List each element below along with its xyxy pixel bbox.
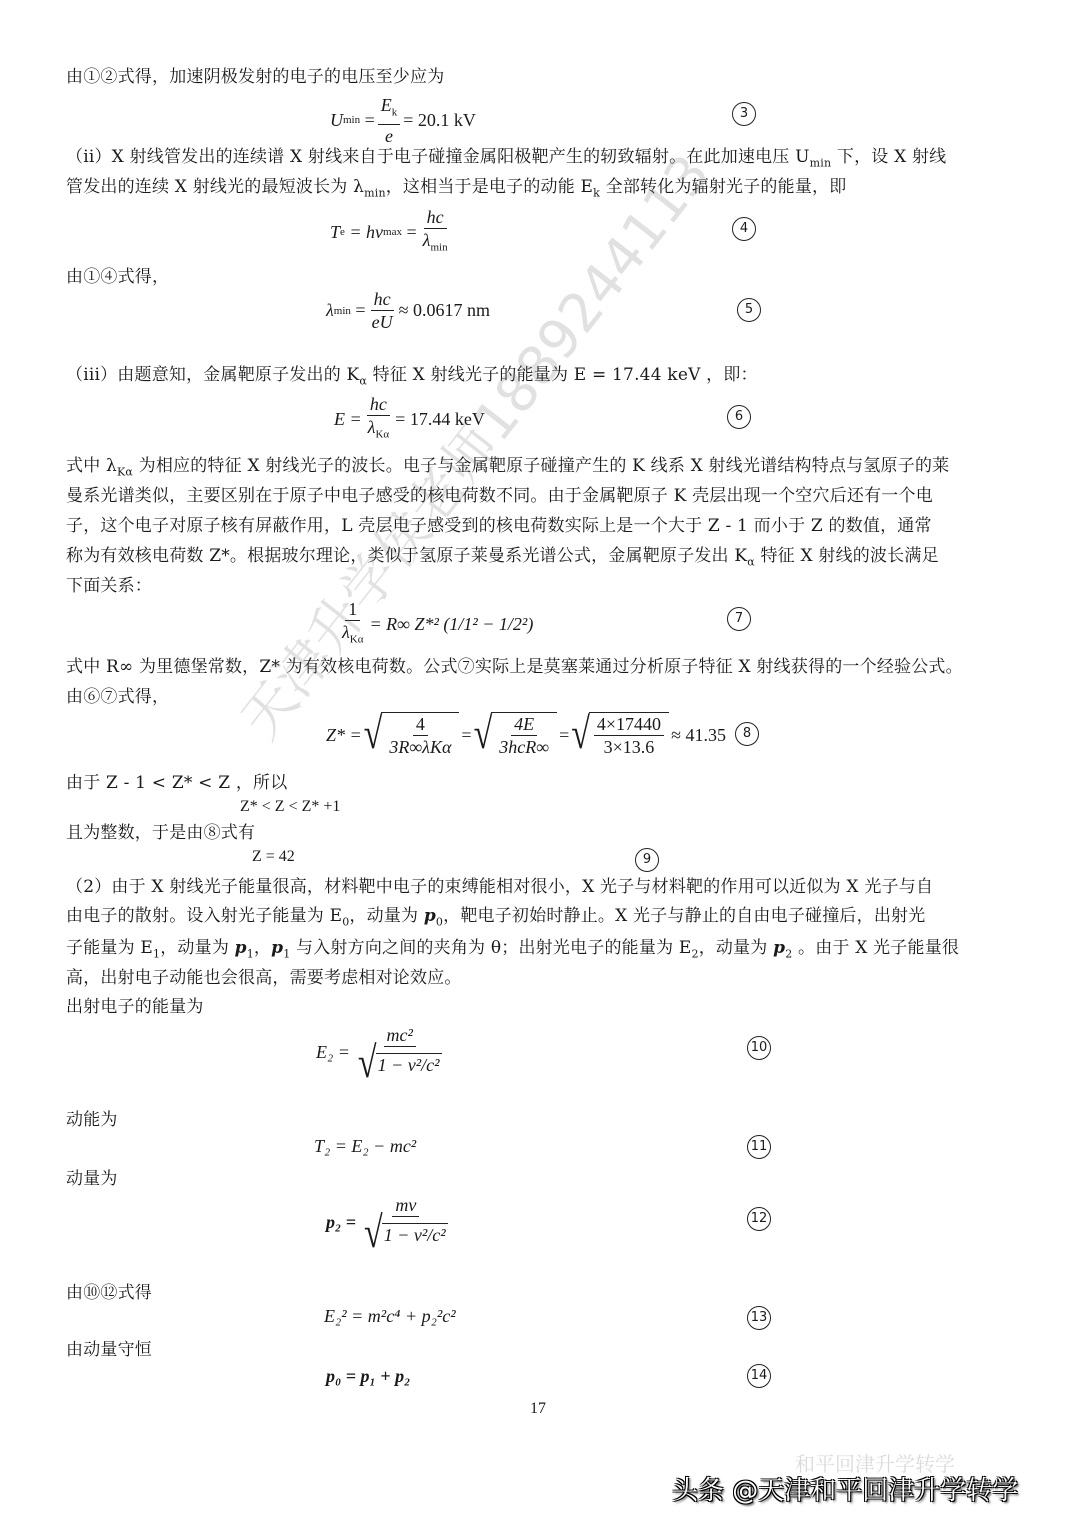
eq-subscript: min [334, 305, 351, 317]
eq-subscript: min [343, 114, 360, 126]
square-root: √4×174403×13.6 [571, 712, 669, 758]
text: 特征 X 射线的波长满足 [755, 546, 939, 566]
equation-number: 4 [732, 217, 756, 241]
eq-symbol: p₂ = [326, 1212, 356, 1233]
square-root: √43R∞λKα [364, 712, 460, 758]
eq-numerator: hc [374, 289, 391, 309]
paragraph-line: 曼系光谱类似，主要区别在于原子中电子感受的核电荷数不同。由于金属靶原子 K 壳层… [66, 483, 1026, 509]
page-number: 17 [530, 1400, 546, 1418]
equation-4: Te = hνmax = hc λmin [330, 206, 454, 259]
equation-11: T₂ = E₂ − mc² [314, 1136, 416, 1157]
vector-symbol: p [773, 938, 785, 958]
eq-subscript: max [383, 226, 402, 238]
fraction: 1 λKα [339, 598, 367, 651]
equation-number: 10 [747, 1036, 771, 1060]
paragraph-line: 动能为 [66, 1107, 1026, 1133]
text: 全部转化为辐射光子的能量，即 [600, 177, 846, 197]
paragraph-line: 式中 R∞ 为里德堡常数，Z* 为有效核电荷数。公式⑦实际上是莫塞莱通过分析原子… [66, 654, 1026, 680]
equation-number: 6 [727, 405, 751, 429]
eq-middle: = hν [349, 222, 383, 243]
text: 管发出的连续 X 射线光的最短波长为 λ [66, 177, 364, 197]
paragraph-line: （iii）由题意知，金属靶原子发出的 Kα 特征 X 射线光子的能量为 E = … [66, 362, 1026, 394]
paragraph-line: 由①④式得， [66, 264, 1026, 290]
fraction: mc² √1 − v²/c² [353, 1024, 447, 1081]
vector-symbol: p [271, 938, 283, 958]
fraction: Ek e [378, 94, 401, 147]
eq-rhs: ≈ 0.0617 nm [399, 300, 490, 321]
eq-rhs: = 17.44 keV [395, 409, 485, 430]
paragraph-line: 式中 λKα 为相应的特征 X 射线光子的波长。电子与金属靶原子碰撞产生的 K … [66, 453, 1026, 485]
eq-denominator: e [385, 126, 393, 146]
text: ，动量为 [349, 906, 423, 926]
equation-number: 5 [737, 298, 761, 322]
eq-subscript: k [392, 107, 398, 119]
eq-denominator: λ [342, 622, 350, 642]
paragraph-line: 动量为 [66, 1166, 1026, 1192]
eq-numerator: 1 [345, 598, 360, 621]
eq-subscript: Kα [375, 429, 389, 441]
eq-denominator: eU [372, 312, 393, 332]
equation-number: 7 [727, 607, 751, 631]
equation-number: 3 [732, 102, 756, 126]
equation-number: 13 [747, 1306, 771, 1330]
equation-13: E₂² = m²c⁴ + p₂²c² [324, 1306, 456, 1327]
toutiao-brand-watermark: 头条 @天津和平回津升学转学 [672, 1470, 1018, 1507]
paragraph-line: 高，出射电子动能也会很高，需要考虑相对论效应。 [66, 965, 1026, 991]
square-root: √4E3hcR∞ [474, 712, 558, 758]
equation-9: Z = 42 [252, 848, 295, 866]
equation-14: p₀ = p₁ + p₂ [326, 1366, 410, 1387]
paragraph-line: 子能量为 E1，动量为 p1，p1 与入射方向之间的夹角为 θ；出射光电子的能量… [66, 935, 1026, 967]
equation-5: λmin = hc eU ≈ 0.0617 nm [326, 288, 490, 333]
text: ， [254, 938, 271, 958]
paragraph-line: 由动量守恒 [66, 1337, 1026, 1363]
equation-12: p₂ = mv √1 − v²/c² [326, 1194, 456, 1251]
text: 子能量为 E [66, 938, 153, 958]
eq-numerator: hc [427, 207, 444, 227]
equation-number: 11 [747, 1135, 771, 1159]
eq-numerator: E [381, 95, 392, 115]
paragraph-line: 且为整数，于是由⑧式有 [66, 820, 1026, 846]
text: ，动量为 [699, 938, 773, 958]
subscript: 2 [691, 947, 698, 960]
eq-numerator: mc² [387, 1025, 413, 1045]
eq-symbol: U [330, 110, 343, 131]
eq-numerator: 4 [413, 713, 428, 736]
eq-rhs: = 20.1 kV [403, 110, 476, 131]
fraction: hc λKα [365, 393, 393, 446]
square-root: √1 − v²/c² [364, 1217, 448, 1251]
paragraph-line: 下面关系： [66, 573, 1026, 599]
square-root: √1 − v²/c² [358, 1047, 442, 1081]
paragraph-line: 由⑩⑫式得 [66, 1280, 1026, 1306]
eq-subscript: min [430, 242, 447, 254]
equation-number: 8 [735, 722, 759, 746]
eq-denominator: 3hcR∞ [499, 737, 549, 757]
eq-symbol: E = [334, 409, 362, 430]
text: ，靶电子初始时静止。X 光子与静止的自由电子碰撞后，出射光 [443, 906, 925, 926]
text: ，这相当于是电子的动能 E [386, 177, 593, 197]
fraction: hc λmin [420, 206, 451, 259]
eq-symbol: T [330, 222, 340, 243]
vector-symbol: p [424, 906, 436, 926]
inequality: Z* < Z < Z* +1 [240, 798, 340, 816]
eq-symbol: λ [326, 300, 334, 321]
text: 。由于 X 光子能量很 [792, 938, 959, 958]
equation-number: 9 [635, 848, 659, 872]
text: 下，设 X 射线 [831, 147, 946, 167]
equation-number: 12 [747, 1207, 771, 1231]
eq-numerator: 4E [514, 714, 534, 734]
text: 特征 X 射线光子的能量为 E = 17.44 keV ，即： [367, 365, 758, 385]
eq-denominator: 3×13.6 [601, 736, 658, 758]
eq-numerator: mv [395, 1195, 416, 1215]
subscript: Kα [117, 465, 133, 478]
eq-radicand: 1 − v²/c² [384, 1225, 446, 1245]
subscript: min [364, 186, 386, 199]
eq-symbol: Z* = [326, 725, 362, 746]
eq-symbol: E₂ = [316, 1042, 350, 1063]
text: （iii）由题意知，金属靶原子发出的 K [66, 365, 359, 385]
text: 为相应的特征 X 射线光子的波长。电子与金属靶原子碰撞产生的 K 线系 X 射线… [133, 456, 949, 476]
paragraph-line: （ii）X 射线管发出的连续谱 X 射线来自于电子碰撞金属阳极靶产生的轫致辐射。… [66, 144, 1026, 176]
fraction: mv √1 − v²/c² [359, 1194, 453, 1251]
paragraph-line: 出射电子的能量为 [66, 994, 1026, 1020]
equation-7: 1 λKα = R∞ Z*² (1/1² − 1/2²) [336, 598, 533, 651]
eq-radicand: 1 − v²/c² [378, 1055, 440, 1075]
equation-10: E₂ = mc² √1 − v²/c² [316, 1024, 450, 1081]
text: 由电子的散射。设入射光子能量为 E [66, 906, 342, 926]
text: ，动量为 [160, 938, 234, 958]
eq-denominator: 3R∞λKα [389, 737, 451, 757]
paragraph-line: 由①②式得，加速阴极发射的电子的电压至少应为 [66, 64, 1026, 90]
equation-number: 14 [747, 1364, 771, 1388]
eq-numerator: hc [370, 394, 387, 414]
subscript: α [359, 374, 367, 387]
paragraph-line: 管发出的连续 X 射线光的最短波长为 λmin，这相当于是电子的动能 Ek 全部… [66, 174, 1026, 206]
paragraph-line: 称为有效核电荷数 Z*。根据玻尔理论，类似于氢原子莱曼系光谱公式，金属靶原子发出… [66, 543, 1026, 575]
paragraph-line: 由于 Z - 1 < Z* < Z ，所以 [66, 770, 1026, 796]
eq-numerator: 4×17440 [594, 713, 664, 736]
paragraph-line: （2）由于 X 射线光子能量很高，材料靶中电子的束缚能相对很小，X 光子与材料靶… [66, 874, 1026, 900]
subscript: k [593, 186, 600, 199]
subscript: α [747, 555, 755, 568]
paragraph-line: 由⑥⑦式得， [66, 684, 1026, 710]
eq-rhs: = R∞ Z*² (1/1² − 1/2²) [370, 614, 534, 635]
paragraph-line: 由电子的散射。设入射光子能量为 E0，动量为 p0，靶电子初始时静止。X 光子与… [66, 903, 1026, 935]
subscript: min [810, 156, 832, 169]
equation-8: Z* = √43R∞λKα = √4E3hcR∞ = √4×174403×13.… [326, 712, 726, 758]
text: （ii）X 射线管发出的连续谱 X 射线来自于电子碰撞金属阳极靶产生的轫致辐射。… [66, 147, 810, 167]
document-page: 由①②式得，加速阴极发射的电子的电压至少应为 Umin = Ek e = 20.… [0, 0, 1080, 1527]
eq-subscript: Kα [350, 634, 364, 646]
fraction: hc eU [369, 288, 396, 333]
text: 与入射方向之间的夹角为 θ；出射光电子的能量为 E [290, 938, 691, 958]
text: 式中 λ [66, 456, 117, 476]
eq-rhs: ≈ 41.35 [671, 725, 726, 746]
paragraph-line: 子，这个电子对原子核有屏蔽作用，L 壳层电子感受到的核电荷数实际上是一个大于 Z… [66, 513, 1026, 539]
text: 称为有效核电荷数 Z*。根据玻尔理论，类似于氢原子莱曼系光谱公式，金属靶原子发出… [66, 546, 747, 566]
vector-symbol: p [235, 938, 247, 958]
equation-3: Umin = Ek e = 20.1 kV [330, 94, 476, 147]
subscript: 1 [247, 947, 254, 960]
equation-6: E = hc λKα = 17.44 keV [334, 393, 485, 446]
